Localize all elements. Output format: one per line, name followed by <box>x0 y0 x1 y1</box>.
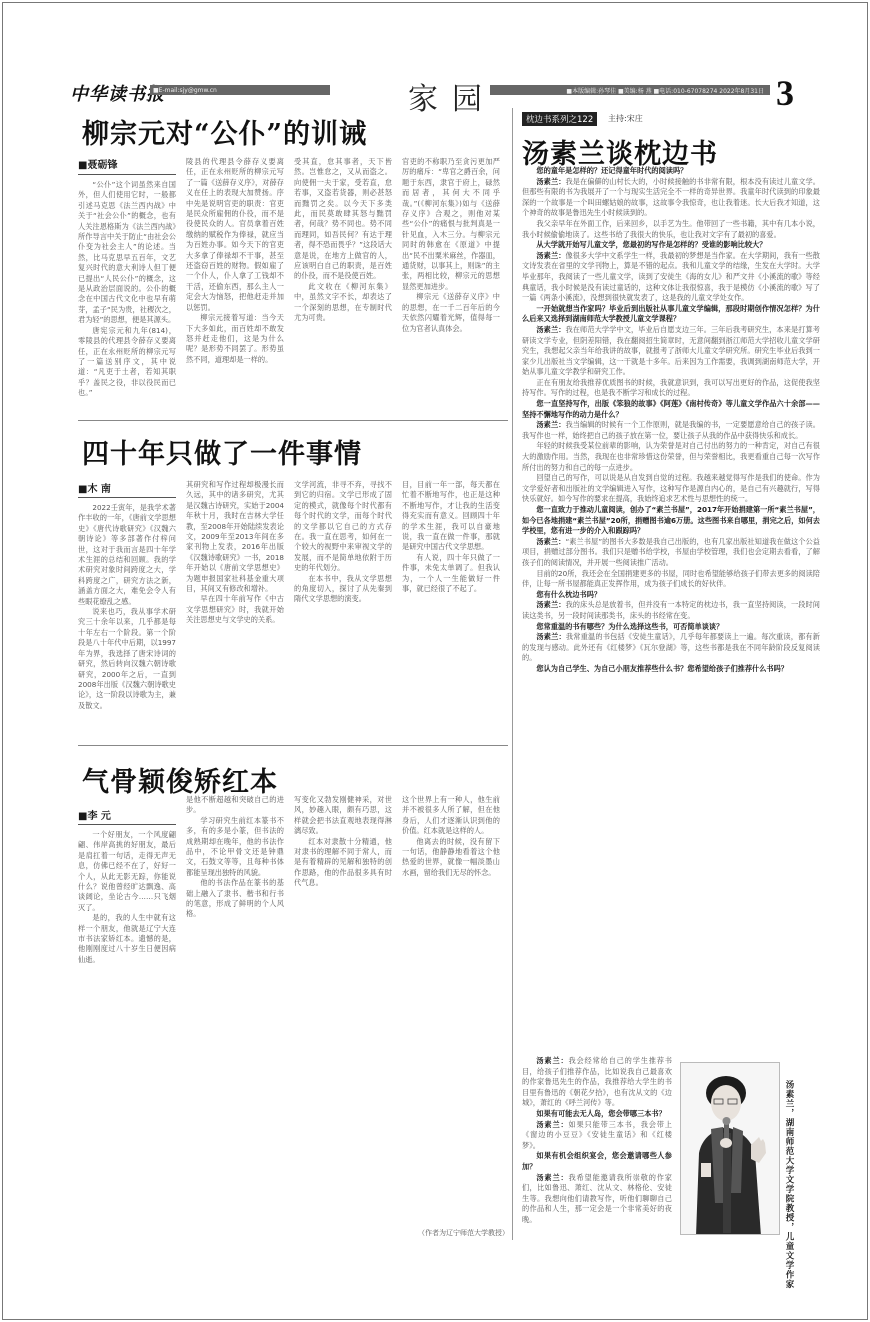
article2-column-2: 其研究和写作过程却极漫长而久远，其中的诸多研究，尤其是汉魏古诗研究，实始于200… <box>186 480 284 728</box>
interview-question: 如果有机会组织宴会，您会邀请哪些人参加？ <box>522 1151 672 1172</box>
paragraph: “公仆”这个词虽然来自国外，但人们使用它时，一般都引述马克思《法兰西内战》中关于… <box>78 180 176 326</box>
paragraph: 是的，我的人生中就有这样一个朋友，他就是辽宁大连市书法家矫红本。遗憾的是，他刚刚… <box>78 913 176 965</box>
paragraph: 唐宪宗元和九年(814)，零陵县的代理县令薛存义要离任，正在永州贬所的柳宗元写了… <box>78 326 176 399</box>
byline-rule <box>78 824 176 825</box>
paragraph: 说来也巧，我从事学术研究三十余年以来，几乎都是每十年左右一个阶段。第一个阶段是八… <box>78 607 176 711</box>
author-note: （作者为辽宁师范大学教授） <box>418 1228 509 1238</box>
speaker-label: 汤素兰： <box>536 251 565 260</box>
section-divider <box>78 745 508 746</box>
article-headline-1: 柳宗元对“公仆”的训诫 <box>82 112 367 151</box>
interview-question: 如果有可能去无人岛，您会带哪三本书？ <box>522 1109 672 1120</box>
answer-text: 我常重温的书包括《安徒生童话》，几乎每年都要读上一遍。每次重读，都有新的发现与感… <box>522 632 820 662</box>
interview-answer: 汤素兰：如果只能带三本书，我会带上《窗边的小豆豆》《安徒生童话》和《红楼梦》。 <box>522 1120 672 1152</box>
answer-text: “素兰书屋”的图书大多数是我自己出版的，也有几家出版社知道我在做这个公益项目，捐… <box>522 537 820 567</box>
paragraph: 文学河流，非寻不弃，寻找不到它的归宿。文学已形成了固定的模式，就像每个时代都有每… <box>294 480 392 574</box>
byline-rule <box>78 174 176 175</box>
editor-info: ■本版编辑:孙琴佳 ■美编:杨 燕 ■电话:010-67078274 2022年… <box>566 86 764 95</box>
paragraph: 是他不断超越和突破自己的进步。 <box>186 795 284 816</box>
email-text: ■E-mail:sjy@gmw.cn <box>150 87 217 94</box>
paragraph: 学习研究生前红本篆书不多，有的多是小篆，但书法的成熟期却在晚年，他的书法作品中，… <box>186 816 284 878</box>
article3-column-3: 写变化又勃发刚健神采，对世风，妙趣入眼，颇有巧思，这样就会把书法直观地表现得淋漓… <box>294 795 392 1230</box>
article2-column-3: 文学河流，非寻不弃，寻找不到它的归宿。文学已形成了固定的模式，就像每个时代都有每… <box>294 480 392 728</box>
editor-bar: ■本版编辑:孙琴佳 ■美编:杨 燕 ■电话:010-67078274 2022年… <box>490 85 770 95</box>
article3-column-1: 一个好朋友，一个风度翩翩、伟岸高挑的好朋友，最后是肩扛着一句话，走得无声无息，仿… <box>78 830 176 1230</box>
article2-column-1: 2022壬寅年，是我学术著作丰收的一年，《唐前文学思想史》《唐代诗歌研究》《汉魏… <box>78 503 176 728</box>
interview-answer: 汤素兰：“素兰书屋”的图书大多数是我自己出版的，也有几家出版社知道我在做这个公益… <box>522 537 820 569</box>
interview-question: 一开始就想当作家吗？毕业后到出版社从事儿童文学编辑，那段时期创作情况怎样？为什么… <box>522 304 820 325</box>
interview-body-continued: 汤素兰：我会经常给自己的学生推荐书目，给孩子们推荐作品，比如说我自己最喜欢的作家… <box>522 1056 672 1231</box>
speaker-label: 汤素兰： <box>536 632 565 641</box>
interview-question: 您常重温的书有哪些？为什么选择这些书，可否简单谈谈？ <box>522 622 820 633</box>
host-label: 主持:宋庄 <box>608 113 643 124</box>
interview-answer: 汤素兰：我的床头总是放着书，但并没有一本特定的枕边书，我一直坚持阅读，一段时间读… <box>522 600 820 621</box>
paragraph: 有人说，四十年只做了一件事，未免太单调了。但我认为，一个人一生能做好一件事，就已… <box>402 553 500 595</box>
interview-body: 您的童年是怎样的？还记得童年时代的阅读吗？汤素兰：我是在偏僻的山村长大的，小时候… <box>522 166 820 1056</box>
column-divider <box>512 108 513 1240</box>
paragraph: 目，目前一年一部，每天都在忙着不断地写作，也正是这种不断地写作，才让我的生活变得… <box>402 480 500 553</box>
paragraph: 这个世界上有一种人，他生前并不被很多人所了解，但在他身后，人们才逐渐认识到他的价… <box>402 795 500 837</box>
interview-question: 从大学就开始写儿童文学，您最初的写作是怎样的？受谁的影响比较大？ <box>522 240 820 251</box>
paragraph: 柳宗元《送薛存义序》中的思想，在一千二百年后的今天依然闪耀着光辉，值得每一位为官… <box>402 292 500 334</box>
paragraph: 早在四十年前写作《中古文学思想研究》时，我就开始关注思想史与文学史的关系。 <box>186 594 284 625</box>
speaker-label: 汤素兰： <box>536 1056 568 1065</box>
speaker-label: 汤素兰： <box>536 600 565 609</box>
photo-caption: 汤素兰，湖南师范大学文学院教授，儿童文学作家 <box>782 1080 794 1289</box>
series-tag: 枕边书系列之122 <box>522 112 597 126</box>
article1-column-4: 官吏的不称职乃至贪污更加严厉的痛斥：“卑官之爵百余，问题于东西，隶官于府上，碌然… <box>402 157 500 405</box>
page-number: 3 <box>776 72 794 114</box>
paragraph: 正在有朋友给我推荐优质图书的时候，我就意识到，我可以写出更好的作品，这促使我坚持… <box>522 378 820 399</box>
article1-column-3: 受其直，怠其事者，天下皆然。岂惟怠之，又从而盗之。向使佣一夫于家，受若直，怠若事… <box>294 157 392 405</box>
paragraph: 红本对隶散十分精通，他对隶书的理解不同于常人，而是有着精辟的见解和独特的创作思路… <box>294 837 392 889</box>
paragraph: 2022壬寅年，是我学术著作丰收的一年，《唐前文学思想史》《唐代诗歌研究》《汉魏… <box>78 503 176 607</box>
answer-text: 我的床头总是放着书，但并没有一本特定的枕边书，我一直坚持阅读，一段时间读这类书，… <box>522 600 820 620</box>
answer-text: 我当编辑的时候有一个工作原则，就是我编的书，一定要愿意给自己的孩子读。我写作也一… <box>522 420 820 440</box>
answer-text: 我在师范大学学中文，毕业后自愿支边三年。三年后我考研究生，本来是打算考研读文学专… <box>522 325 820 376</box>
paragraph: 他的书法作品在篆书的基础上融入了隶书、楷书和行书的笔意，形成了鲜明的个人风格。 <box>186 878 284 920</box>
speaker-label: 汤素兰： <box>536 420 565 429</box>
speaker-label: 汤素兰： <box>536 177 565 186</box>
paragraph: 写变化又勃发刚健神采，对世风，妙趣入眼，颇有巧思，这样就会把书法直观地表现得淋漓… <box>294 795 392 837</box>
interview-answer: 汤素兰：我会经常给自己的学生推荐书目，给孩子们推荐作品，比如说我自己最喜欢的作家… <box>522 1056 672 1109</box>
section-divider <box>78 420 508 421</box>
interview-answer: 汤素兰：我是在偏僻的山村长大的，小时候接触的书非常有限，根本没有读过儿童文学。但… <box>522 177 820 219</box>
speaker-label: 汤素兰： <box>536 537 565 546</box>
interview-question: 您认为自己学生、为自己小朋友推荐些什么书？您希望给孩子们推荐什么书吗？ <box>522 664 820 675</box>
interview-answer: 汤素兰：我当编辑的时候有一个工作原则，就是我编的书，一定要愿意给自己的孩子读。我… <box>522 420 820 441</box>
portrait-illustration <box>681 1063 780 1235</box>
interview-answer: 汤素兰：我常重温的书包括《安徒生童话》，几乎每年都要读上一遍。每次重读，都有新的… <box>522 632 820 664</box>
paragraph: 陵县的代理县令薛存义要离任，正在永州贬所的柳宗元写了一篇《送薛存义序》，对薛存义… <box>186 157 284 313</box>
answer-text: 我是在偏僻的山村长大的，小时候接触的书非常有限，根本没有读过儿童文学。但那些有限… <box>522 177 820 218</box>
email-bar: ■E-mail:sjy@gmw.cn <box>150 85 330 95</box>
article1-column-2: 陵县的代理县令薛存义要离任，正在永州贬所的柳宗元写了一篇《送薛存义序》，对薛存义… <box>186 157 284 405</box>
paragraph: 在本书中，我从文学思想的角度切入，探讨了从先秦到隋代文学思想的演变。 <box>294 574 392 605</box>
interview-answer: 汤素兰：像很多大学中文系学生一样，我最初的梦想是当作家。在大学期间，我有一些散文… <box>522 251 820 304</box>
paragraph: 他离去的时候，没有留下一句话，他静静地看着这个他热爱的世界，就像一幅淡墨山水画，… <box>402 837 500 879</box>
paragraph: 受其直，怠其事者，天下皆然。岂惟怠之，又从而盗之。向使佣一夫于家，受若直，怠若事… <box>294 157 392 282</box>
speaker-label: 汤素兰： <box>536 1173 568 1182</box>
author-photo <box>680 1062 780 1235</box>
interview-answer: 汤素兰：我在师范大学学中文，毕业后自愿支边三年。三年后我考研究生，本来是打算考研… <box>522 325 820 378</box>
answer-text: 像很多大学中文系学生一样，我最初的梦想是当作家。在大学期间，我有一些散文诗发表在… <box>522 251 820 302</box>
article2-column-4: 目，目前一年一部，每天都在忙着不断地写作，也正是这种不断地写作，才让我的生活变得… <box>402 480 500 728</box>
interview-question: 您一直坚持写作，出版《笨狼的故事》《阿莲》《南村传奇》等儿童文学作品六十余部——… <box>522 399 820 420</box>
paragraph: 柳宗元接着写道：当今天下大多如此，而百姓却不敢发怒并赶走他们，这是为什么呢？是形… <box>186 313 284 365</box>
article1-column-1: “公仆”这个词虽然来自国外，但人们使用它时，一般都引述马克思《法兰西内战》中关于… <box>78 180 176 405</box>
speaker-label: 汤素兰： <box>536 1120 568 1129</box>
article-headline-3: 气骨颖俊矫红本 <box>82 760 278 799</box>
paragraph: 年轻的时候我受某位前辈的影响，认为荣誉是对自己付出的努力的一种肯定，对自己有很大… <box>522 441 820 473</box>
article3-column-4: 这个世界上有一种人，他生前并不被很多人所了解，但在他身后，人们才逐渐认识到他的价… <box>402 795 500 1225</box>
interview-answer: 汤素兰：我希望能邀请我所崇敬的作家们，比如鲁迅、萧红、沈从文、林格伦、安徒生等。… <box>522 1173 672 1226</box>
interview-question: 您一直致力于推动儿童阅读，创办了“素兰书屋”，2017年开始捐建第一所“素兰书屋… <box>522 505 820 537</box>
paragraph: 一个好朋友，一个风度翩翩、伟岸高挑的好朋友，最后是肩扛着一句话，走得无声无息，仿… <box>78 830 176 913</box>
byline-rule <box>78 497 176 498</box>
section-title: 家园 <box>408 74 496 118</box>
paragraph: 回望自己的写作，可以说是从自发到自觉的过程。我越来越觉得写作是我们的使命。作为文… <box>522 473 820 505</box>
article-headline-2: 四十年只做了一件事情 <box>82 432 362 471</box>
speaker-label: 汤素兰： <box>536 325 565 334</box>
interview-question: 您有什么枕边书吗？ <box>522 590 820 601</box>
article-byline-3: ■李 元 <box>78 807 111 822</box>
paragraph: 此文收在《柳河东集》中，虽然文字不长，却表达了一个深刻的思想，在专制时代尤为可贵… <box>294 282 392 324</box>
paragraph: 官吏的不称职乃至贪污更加严厉的痛斥：“卑官之爵百余，问题于东西，隶官于府上，碌然… <box>402 157 500 292</box>
paragraph: 其研究和写作过程却极漫长而久远，其中的诸多研究，尤其是汉魏古诗研究，实始于200… <box>186 480 284 594</box>
interview-question: 您的童年是怎样的？还记得童年时代的阅读吗？ <box>522 166 820 177</box>
paragraph: 目前的20所，我还会在全国捐建更多的书屋，同时也希望能够给孩子们带去更多的阅读陪… <box>522 569 820 590</box>
article3-column-2: 是他不断超越和突破自己的进步。 学习研究生前红本篆书不多，有的多是小篆，但书法的… <box>186 795 284 1230</box>
article-byline-2: ■木 南 <box>78 480 111 495</box>
article-byline-1: ■聂砺锋 <box>78 156 117 171</box>
paragraph: 我父亲早年在外面工作，后来回乡，以手艺为生。他带回了一些书籍，其中有几本小说，我… <box>522 219 820 240</box>
newspaper-page: 中华读书报 ■E-mail:sjy@gmw.cn 家园 ■本版编辑:孙琴佳 ■美… <box>0 0 870 1322</box>
